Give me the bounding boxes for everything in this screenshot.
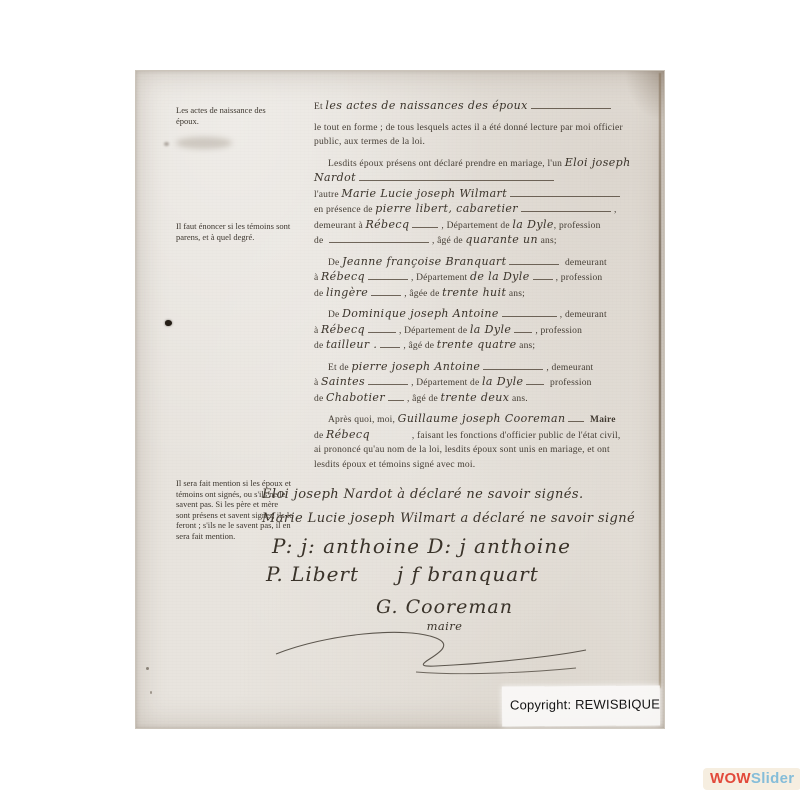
- printed-text: , demeurant: [546, 363, 593, 373]
- printed-text: à: [314, 378, 321, 388]
- handwritten-text: pierre libert, cabaretier: [375, 202, 518, 215]
- printed-text: ,: [614, 205, 617, 215]
- ink-speck: [164, 142, 169, 146]
- document-line: P. Libertj f branquart: [266, 567, 659, 587]
- printed-text: ans;: [517, 341, 536, 351]
- document-line: l'autre Marie Lucie joseph Wilmart: [314, 187, 659, 203]
- page-background: Les actes de naissance des époux. Il fau…: [0, 0, 800, 800]
- document-line: Et de pierre joseph Antoine, demeurant: [314, 360, 659, 376]
- printed-text: Lesdits époux présens ont déclaré prendr…: [328, 159, 565, 169]
- printed-text: à: [314, 273, 321, 283]
- document-line: Et les actes de naissances des époux: [314, 99, 659, 115]
- wowslider-slider-label: Slider: [751, 770, 794, 787]
- printed-text: le tout en forme ; de tous lesquels acte…: [314, 123, 623, 133]
- blank-rule: [510, 187, 620, 197]
- handwritten-text: Guillaume joseph Cooreman: [398, 412, 566, 425]
- handwritten-text: de la Dyle: [470, 270, 530, 283]
- handwritten-text: la Dyle: [482, 375, 523, 388]
- document-line: Nardot: [314, 171, 659, 187]
- handwritten-text: quarante un: [465, 233, 538, 246]
- document-line: De Dominique joseph Antoine, demeurant: [314, 307, 659, 323]
- printed-text: Après quoi, moi,: [328, 415, 398, 425]
- printed-text: , profession: [554, 221, 601, 231]
- document-line: G. Cooreman: [272, 600, 617, 619]
- handwritten-text: Rébecq: [326, 428, 370, 441]
- document-line: à Saintes, Département de la Dyle profes…: [314, 375, 659, 391]
- blank-rule: [526, 375, 544, 385]
- handwritten-text: pierre joseph Antoine: [351, 360, 480, 373]
- printed-text: profession: [547, 378, 591, 388]
- handwritten-text: Eloi joseph: [565, 156, 631, 169]
- blank-rule: [329, 233, 429, 243]
- printed-text: , faisant les fonctions d'officier publi…: [412, 431, 620, 441]
- document-line: Après quoi, moi, Guillaume joseph Coorem…: [314, 412, 659, 428]
- document-line: en présence de pierre libert, cabaretier…: [314, 202, 659, 218]
- document-line: Lesdits époux présens ont déclaré prendr…: [314, 156, 659, 172]
- handwritten-text: trente huit: [442, 286, 506, 299]
- printed-text: , profession: [535, 326, 582, 336]
- document-line: le tout en forme ; de tous lesquels acte…: [314, 121, 659, 136]
- document-line: De Jeanne françoise Branquart demeurant: [314, 255, 659, 271]
- blank-rule: [412, 218, 438, 228]
- blank-rule: [368, 375, 408, 385]
- blank-rule: [359, 171, 554, 181]
- document-line: Eloi joseph Nardot à déclaré ne savoir s…: [262, 488, 659, 504]
- handwritten-text: trente quatre: [437, 338, 517, 351]
- printed-text: en présence de: [314, 205, 375, 215]
- handwritten-text: lingère: [326, 286, 368, 299]
- printed-text: ai prononcé qu'au nom de la loi, lesdits…: [314, 445, 610, 455]
- document-scan: Les actes de naissance des époux. Il fau…: [135, 70, 665, 729]
- handwritten-text: Jeanne françoise Branquart: [342, 255, 506, 268]
- handwritten-text: j f branquart: [397, 562, 539, 586]
- printed-text: De: [328, 310, 342, 320]
- blank-rule: [568, 412, 584, 422]
- printed-text: , âgé de: [432, 236, 465, 246]
- margin-note-witnesses: Il faut énoncer si les témoins sont pare…: [176, 221, 294, 242]
- handwritten-text: Rébecq: [321, 323, 365, 336]
- handwritten-text: P. Libert: [266, 562, 359, 586]
- printed-text: , Département: [411, 273, 470, 283]
- spacer: [370, 437, 412, 438]
- document-line: maire: [272, 619, 617, 636]
- printed-text: Maire: [587, 415, 615, 425]
- printed-text: , Département de: [441, 221, 512, 231]
- blank-rule: [388, 391, 404, 401]
- document-line: de , âgé de quarante un ans;: [314, 233, 659, 249]
- printed-text: de: [314, 289, 326, 299]
- blank-rule: [380, 338, 400, 348]
- printed-text: de: [314, 236, 326, 246]
- printed-text: lesdits époux et témoins signé avec moi.: [314, 460, 475, 470]
- document-line: Marie Lucie joseph Wilmart a déclaré ne …: [262, 512, 659, 528]
- printed-text: public, aux termes de la loi.: [314, 137, 425, 147]
- printed-text: demeurant à: [314, 221, 365, 231]
- printed-text: de: [314, 431, 326, 441]
- blank-rule: [531, 99, 611, 109]
- wowslider-wow-label: WOW: [710, 770, 751, 787]
- handwritten-text: tailleur .: [326, 338, 377, 351]
- document-line: de Rébecq, faisant les fonctions d'offic…: [314, 428, 659, 444]
- blank-rule: [368, 270, 408, 280]
- ink-blot: [165, 320, 172, 326]
- handwritten-text: les actes de naissances des époux: [325, 99, 527, 112]
- handwritten-text: G. Cooreman: [376, 596, 513, 618]
- handwritten-text: Rébecq: [321, 270, 365, 283]
- printed-text: , profession: [556, 273, 603, 283]
- printed-text: ans.: [509, 394, 527, 404]
- printed-text: Et de: [328, 363, 351, 373]
- printed-text: , Département de: [411, 378, 482, 388]
- printed-text: l'autre: [314, 190, 341, 200]
- printed-text: à: [314, 326, 321, 336]
- blank-rule: [371, 286, 401, 296]
- ink-speck: [150, 691, 152, 694]
- handwritten-text: Marie Lucie joseph Wilmart a déclaré ne …: [262, 511, 635, 526]
- printed-text: de: [314, 341, 326, 351]
- handwritten-text: Eloi joseph Nardot à déclaré ne savoir s…: [262, 487, 584, 502]
- copyright-strip: Copyright: REWISBIQUE: [502, 685, 660, 726]
- document-line: P: j: anthoine D: j anthoine: [272, 539, 659, 559]
- document-line: demeurant à Rébecq, Département de la Dy…: [314, 218, 659, 234]
- document-line: à Rébecq, Département de la Dyle, profes…: [314, 270, 659, 286]
- handwritten-text: Chabotier: [326, 391, 385, 404]
- handwritten-text: Marie Lucie joseph Wilmart: [341, 187, 507, 200]
- ink-speck: [146, 667, 149, 670]
- document-body-lines: Et les actes de naissances des épouxle t…: [314, 99, 659, 635]
- blank-rule: [533, 270, 553, 280]
- margin-note-birth-acts: Les actes de naissance des époux.: [176, 105, 286, 126]
- printed-text: , demeurant: [560, 310, 607, 320]
- blank-rule: [368, 323, 396, 333]
- document-line: public, aux termes de la loi.: [314, 135, 659, 150]
- document-line: lesdits époux et témoins signé avec moi.: [314, 458, 659, 473]
- handwritten-text: trente deux: [440, 391, 509, 404]
- copyright-text: Copyright: REWISBIQUE: [510, 696, 660, 712]
- handwritten-text: Nardot: [314, 171, 356, 184]
- printed-text: , Département de: [399, 326, 470, 336]
- document-line: de lingère, âgée de trente huit ans;: [314, 286, 659, 302]
- handwritten-text: P: j: anthoine D: j anthoine: [272, 534, 571, 558]
- page-edge-line: [659, 73, 661, 688]
- printed-text: , âgé de: [403, 341, 436, 351]
- handwritten-text: Saintes: [321, 375, 365, 388]
- printed-text: , âgée de: [404, 289, 442, 299]
- printed-text: ans;: [506, 289, 525, 299]
- faded-smudge: [176, 137, 232, 149]
- handwritten-text: Rébecq: [365, 218, 409, 231]
- blank-rule: [483, 360, 543, 370]
- wowslider-watermark[interactable]: WOWSlider: [703, 768, 800, 790]
- blank-rule: [502, 307, 557, 317]
- printed-text: De: [328, 258, 342, 268]
- document-line: ai prononcé qu'au nom de la loi, lesdits…: [314, 443, 659, 458]
- printed-text: ans;: [538, 236, 557, 246]
- blank-rule: [509, 255, 559, 265]
- blank-rule: [514, 323, 532, 333]
- document-line: à Rébecq, Département de la Dyle, profes…: [314, 323, 659, 339]
- printed-text: Et: [314, 102, 325, 112]
- printed-text: , âgé de: [407, 394, 440, 404]
- handwritten-text: la Dyle: [470, 323, 511, 336]
- document-line: de Chabotier, âgé de trente deux ans.: [314, 391, 659, 407]
- spacer: [359, 580, 397, 581]
- document-line: de tailleur ., âgé de trente quatre ans;: [314, 338, 659, 354]
- blank-rule: [521, 202, 611, 212]
- handwritten-text: Dominique joseph Antoine: [342, 307, 499, 320]
- handwritten-text: la Dyle: [512, 218, 553, 231]
- printed-text: demeurant: [562, 258, 606, 268]
- handwritten-text: maire: [427, 619, 463, 633]
- printed-text: de: [314, 394, 326, 404]
